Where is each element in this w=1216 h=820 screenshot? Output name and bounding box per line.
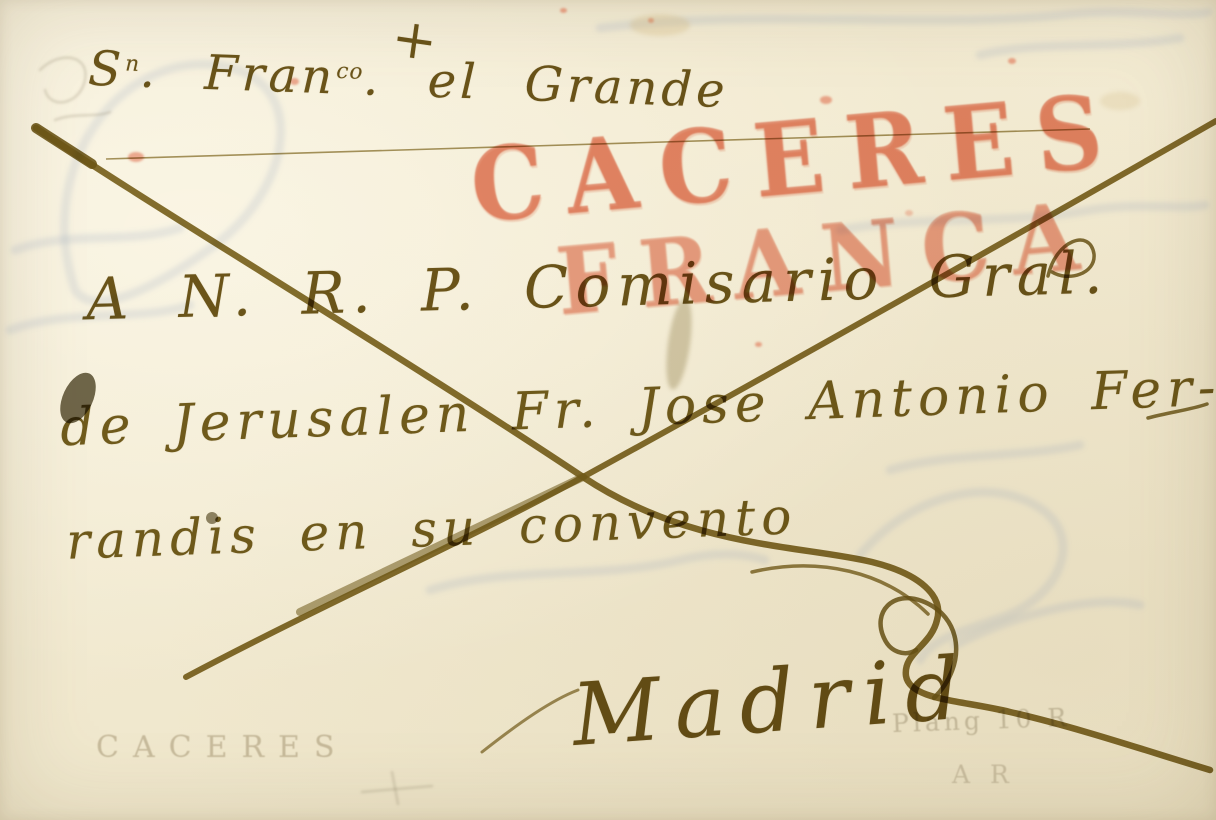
cancel-x-stroke-thick-start [36,128,92,164]
ink-stroke-layer [0,0,1216,820]
madrid-leadin-stroke [482,690,578,752]
letter-cover-scan: CACERES FRANCA + Sn. Franco. el Grande A… [0,0,1216,820]
line2-trailing-dash [1148,404,1207,418]
line1-e-curl-flourish [1048,240,1094,276]
ink-blot-randis [206,512,218,524]
ink-blot-de [53,367,103,429]
cancel-x-stroke-thick-middle [300,477,583,612]
sender-line-underline [106,129,1090,159]
